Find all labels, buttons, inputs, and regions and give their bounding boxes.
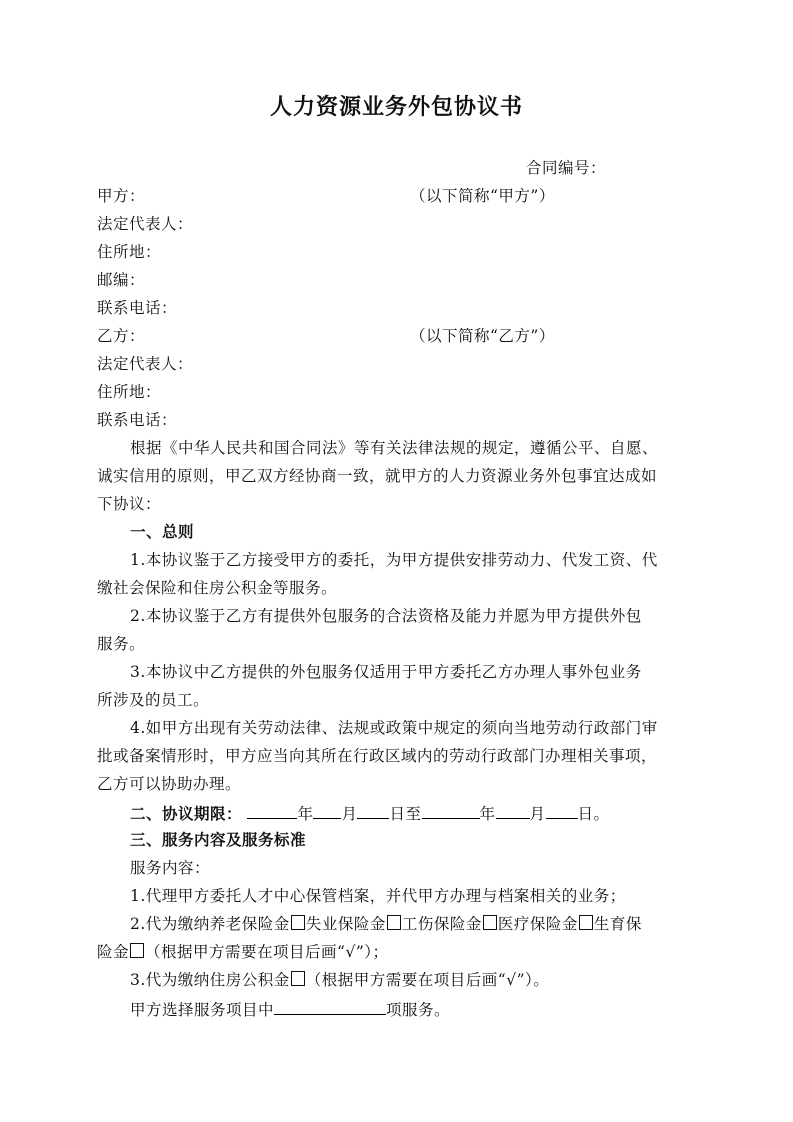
service-item-1: 1.代理甲方委托人才中心保管档案，并代甲方办理与档案相关的业务；: [130, 886, 626, 906]
service-selection-line: 甲方选择服务项目中项服务。: [130, 998, 450, 1020]
party-a-postcode-label: 邮编：: [97, 270, 145, 290]
item-3-note-before: （根据甲方需要在项目后画“: [306, 971, 506, 989]
housing-fund-checkbox[interactable]: [291, 971, 305, 986]
start-month-label: 月: [341, 805, 357, 823]
injury-checkbox[interactable]: [483, 915, 497, 930]
service-item-3: 3.代为缴纳住房公积金（根据甲方需要在项目后画“√”）。: [130, 970, 549, 990]
service-item-3-prefix: 3.代为缴纳住房公积金: [130, 971, 290, 989]
start-year-label: 年: [297, 805, 313, 823]
document-title: 人力资源业务外包协议书: [0, 93, 793, 123]
start-day-blank[interactable]: [357, 802, 389, 819]
pension-checkbox[interactable]: [291, 915, 305, 930]
section-1-item-4-line-3: 乙方可以协助办理。: [97, 774, 241, 794]
item-2-note-after: ”）；: [356, 943, 389, 961]
party-b-phone-label: 联系电话：: [97, 410, 177, 430]
service-item-2-line-1: 2.代为缴纳养老保险金失业保险金工伤保险金医疗保险金生育保: [130, 914, 642, 934]
party-a-phone-label: 联系电话：: [97, 298, 177, 318]
section-1-item-1-line-1: 1.本协议鉴于乙方接受甲方的委托，为甲方提供安排劳动力、代发工资、代: [130, 550, 658, 570]
item-2-note-before: （根据甲方需要在项目后画“: [145, 943, 345, 961]
option-unemployment-label: 失业保险金: [306, 915, 386, 933]
item-3-note-after: ”）。: [517, 971, 550, 989]
check-mark-icon: √: [345, 943, 355, 961]
start-day-to-label: 日至: [389, 805, 421, 823]
section-1-heading: 一、总则: [130, 522, 194, 542]
end-month-label: 月: [530, 805, 546, 823]
end-month-blank[interactable]: [496, 802, 530, 819]
section-2-term-line: 二、协议期限： 年月日至年月日。: [130, 802, 610, 824]
section-1-item-4-line-1: 4.如甲方出现有关劳动法律、法规或政策中规定的须向当地劳动行政部门审: [130, 718, 658, 738]
section-1-item-2-line-1: 2.本协议鉴于乙方有提供外包服务的合法资格及能力并愿为甲方提供外包: [130, 606, 642, 626]
party-b-legal-rep-label: 法定代表人：: [97, 354, 193, 374]
preamble-line-2: 诚实信用的原则，甲乙双方经协商一致，就甲方的人力资源业务外包事宜达成如: [97, 466, 657, 486]
preamble-line-3: 下协议：: [97, 494, 161, 514]
maternity-checkbox[interactable]: [130, 943, 144, 958]
option-injury-label: 工伤保险金: [402, 915, 482, 933]
section-1-item-3-line-1: 3.本协议中乙方提供的外包服务仅适用于甲方委托乙方办理人事外包业务: [130, 662, 642, 682]
contract-number-label: 合同编号：: [526, 158, 606, 178]
end-year-blank[interactable]: [422, 802, 480, 819]
selection-suffix: 项服务。: [386, 1001, 450, 1019]
party-a-label: 甲方：: [97, 186, 145, 206]
option-maternity-label-end: 险金: [97, 943, 129, 961]
document-page: 人力资源业务外包协议书 合同编号： 甲方： （以下简称“甲方”） 法定代表人： …: [0, 0, 793, 1122]
option-pension-label: 养老保险金: [210, 915, 290, 933]
check-mark-icon: √: [506, 971, 516, 989]
party-b-address-label: 住所地：: [97, 382, 161, 402]
option-maternity-label-start: 生育保: [594, 915, 642, 933]
section-1-item-2-line-2: 服务。: [97, 634, 145, 654]
start-year-blank[interactable]: [247, 802, 297, 819]
option-medical-label: 医疗保险金: [498, 915, 578, 933]
preamble-line-1: 根据《中华人民共和国合同法》等有关法律法规的规定，遵循公平、自愿、: [130, 438, 658, 458]
party-a-address-label: 住所地：: [97, 242, 161, 262]
party-a-alias: （以下简称“甲方”）: [410, 186, 555, 206]
selection-count-blank[interactable]: [274, 998, 386, 1015]
party-b-label: 乙方：: [97, 326, 145, 346]
service-content-label: 服务内容：: [130, 858, 210, 878]
service-item-2-prefix: 2.代为缴纳: [130, 915, 210, 933]
section-3-heading: 三、服务内容及服务标准: [130, 830, 306, 850]
party-b-alias: （以下简称“乙方”）: [410, 326, 555, 346]
section-1-item-1-line-2: 缴社会保险和住房公积金等服务。: [97, 578, 337, 598]
medical-checkbox[interactable]: [579, 915, 593, 930]
start-month-blank[interactable]: [313, 802, 341, 819]
party-a-legal-rep-label: 法定代表人：: [97, 214, 193, 234]
section-2-heading: 二、协议期限：: [130, 805, 242, 823]
unemployment-checkbox[interactable]: [387, 915, 401, 930]
end-day-blank[interactable]: [546, 802, 578, 819]
section-1-item-4-line-2: 批或备案情形时，甲方应当向其所在行政区域内的劳动行政部门办理相关事项，: [97, 746, 657, 766]
service-item-2-line-2: 险金（根据甲方需要在项目后画“√”）；: [97, 942, 389, 962]
end-day-label: 日。: [578, 805, 610, 823]
selection-prefix: 甲方选择服务项目中: [130, 1001, 274, 1019]
end-year-label: 年: [480, 805, 496, 823]
section-1-item-3-line-2: 所涉及的员工。: [97, 690, 209, 710]
